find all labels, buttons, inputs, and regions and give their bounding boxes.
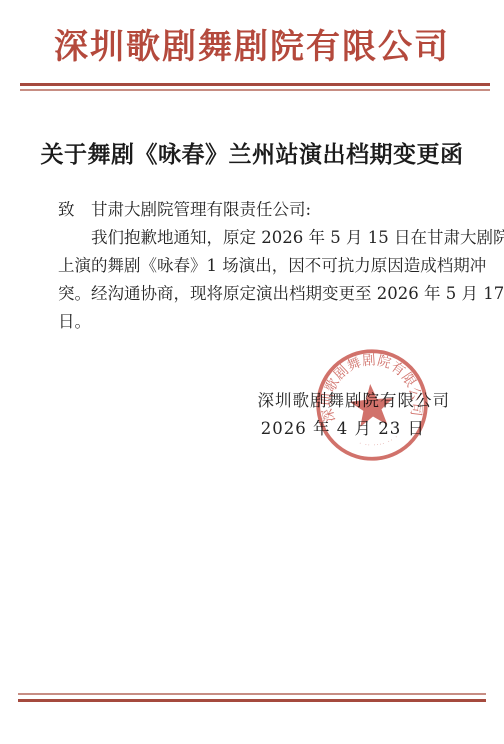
letterhead-rule-thin (20, 89, 490, 91)
letterhead-company-name: 深圳歌剧舞剧院有限公司 (0, 28, 504, 66)
body-text-line: 日。 (58, 308, 458, 336)
letterhead-rule-thick (20, 83, 490, 86)
body-text-line: 上演的舞剧《咏春》1 场演出，因不可抗力原因造成档期冲 (58, 252, 458, 280)
body-text-line: 突。经沟通协商，现将原定演出档期变更至 2026 年 5 月 17 (58, 280, 458, 308)
salutation-line: 致 甘肃大剧院管理有限责任公司: (58, 196, 458, 224)
signature-company-name: 深圳歌剧舞剧院有限公司 (258, 390, 451, 412)
signature-date: 2026 年 4 月 23 日 (261, 418, 425, 440)
letter-page: 深圳歌剧舞剧院有限公司 关于舞剧《咏春》兰州站演出档期变更函 致 甘肃大剧院管理… (0, 0, 504, 744)
body-text-line: 我们抱歉地通知，原定 2026 年 5 月 15 日在甘肃大剧院 (58, 224, 458, 252)
seal-arc-textpath: 深圳歌剧舞剧院有限公司 (315, 347, 426, 426)
seal-arc-text: 深圳歌剧舞剧院有限公司 (315, 347, 426, 426)
document-title: 关于舞剧《咏春》兰州站演出档期变更函 (0, 139, 504, 171)
letter-body: 致 甘肃大剧院管理有限责任公司: 我们抱歉地通知，原定 2026 年 5 月 1… (58, 196, 458, 336)
footer-rule-thin (18, 693, 486, 695)
footer-rule-thick (18, 699, 486, 702)
